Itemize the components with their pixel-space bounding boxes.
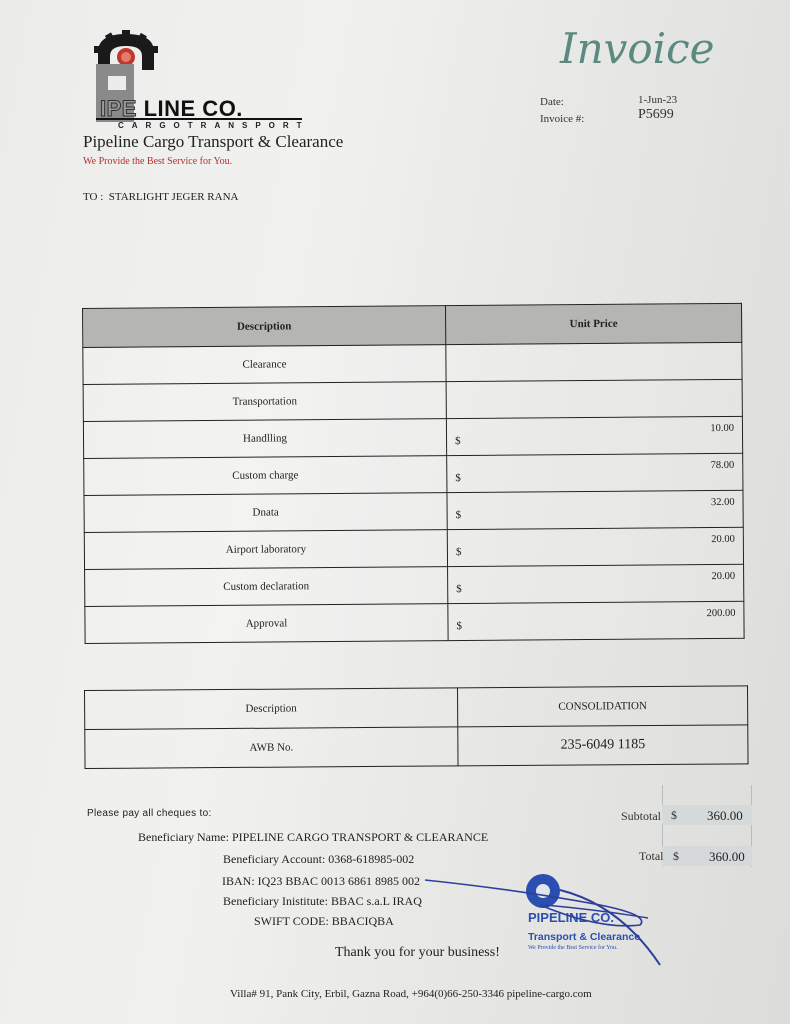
item-unit-price	[446, 379, 742, 418]
logo-subtitle: CARGOTRANSPORT	[118, 121, 310, 130]
table-row: Airport laboratory$20.00	[84, 527, 743, 569]
item-description: Airport laboratory	[84, 530, 447, 570]
logo-underline	[96, 118, 302, 120]
subtotal-label: Subtotal	[621, 809, 661, 824]
item-description: Dnata	[84, 493, 447, 533]
header-description: Description	[83, 306, 446, 348]
company-name: Pipeline Cargo Transport & Clearance	[83, 132, 343, 152]
invoice-page: IPE LINE CO. CARGOTRANSPORT Pipeline Car…	[0, 0, 790, 1024]
stamp-gear-icon	[526, 874, 560, 908]
invoice-title: Invoice	[560, 24, 714, 73]
table-row: Approval$200.00	[85, 601, 744, 643]
stamp-line3: We Provide the Best Service for You.	[528, 945, 618, 951]
item-unit-price	[446, 342, 742, 381]
item-currency: $	[456, 509, 462, 521]
subtotal-value: 360.00	[707, 808, 743, 824]
payment-heading: Please pay all cheques to:	[87, 808, 212, 819]
item-currency: $	[456, 620, 462, 632]
item-unit-price: $200.00	[448, 601, 744, 640]
table-row: Description CONSOLIDATION	[85, 686, 748, 730]
item-currency: $	[456, 583, 462, 595]
item-amount: 10.00	[710, 423, 734, 434]
total-currency: $	[673, 849, 679, 864]
total-value: 360.00	[709, 849, 745, 865]
beneficiary-institute: Beneficiary Inistitute: BBAC s.a.L IRAQ	[223, 894, 422, 909]
awb-consolidation-label: CONSOLIDATION	[457, 686, 747, 727]
swift-code: SWIFT CODE: BBACIQBA	[254, 914, 394, 929]
item-currency: $	[456, 546, 462, 558]
invoice-number-label: Invoice #:	[540, 113, 584, 125]
recipient-name: STARLIGHT JEGER RANA	[109, 191, 239, 203]
item-unit-price: $20.00	[448, 564, 744, 603]
table-row: Custom charge$78.00	[84, 453, 743, 495]
table-row: Transportation	[83, 379, 742, 421]
item-description: Handlling	[83, 419, 446, 459]
header-unit-price: Unit Price	[445, 303, 741, 344]
item-unit-price: $78.00	[447, 453, 743, 492]
total-label: Total	[639, 849, 664, 864]
item-description: Approval	[85, 604, 448, 644]
item-amount: 32.00	[711, 497, 735, 508]
item-description: Clearance	[83, 345, 446, 385]
item-currency: $	[455, 472, 461, 484]
awb-description-label: Description	[85, 688, 458, 730]
date-value: 1-Jun-23	[638, 94, 677, 106]
awb-table: Description CONSOLIDATION AWB No. 235-60…	[84, 685, 749, 769]
date-label: Date:	[540, 96, 564, 108]
thank-you-message: Thank you for your business!	[335, 945, 500, 961]
table-row: Handlling$10.00	[83, 416, 742, 458]
item-description: Custom charge	[84, 456, 447, 496]
subtotal-currency: $	[671, 808, 677, 823]
items-table: Description Unit Price ClearanceTranspor…	[82, 303, 745, 644]
awb-number-label: AWB No.	[85, 727, 458, 769]
table-row: Clearance	[83, 342, 742, 384]
item-amount: 200.00	[707, 608, 736, 619]
awb-number-value: 235-6049 1185	[458, 725, 748, 766]
company-stamp: PIPELINE CO. Transport & Clearance We Pr…	[522, 868, 682, 978]
stamp-line2: Transport & Clearance	[528, 931, 640, 943]
table-row: AWB No. 235-6049 1185	[85, 725, 748, 769]
recipient-line: TO : STARLIGHT JEGER RANA	[83, 191, 238, 203]
invoice-number-value: P5699	[638, 107, 674, 123]
table-row: Custom declaration$20.00	[85, 564, 744, 606]
footer-address: Villa# 91, Pank City, Erbil, Gazna Road,…	[230, 988, 592, 1000]
item-unit-price: $10.00	[446, 416, 742, 455]
item-description: Custom declaration	[85, 567, 448, 607]
stamp-line1: PIPELINE CO.	[528, 910, 614, 925]
table-row: Dnata$32.00	[84, 490, 743, 532]
item-unit-price: $20.00	[447, 527, 743, 566]
item-currency: $	[455, 435, 461, 447]
item-amount: 20.00	[711, 534, 735, 545]
iban: IBAN: IQ23 BBAC 0013 6861 8985 002	[222, 874, 420, 889]
items-table-header: Description Unit Price	[83, 303, 742, 347]
beneficiary-name: Beneficiary Name: PIPELINE CARGO TRANSPO…	[138, 830, 488, 845]
beneficiary-account: Beneficiary Account: 0368-618985-002	[223, 852, 414, 867]
company-tagline: We Provide the Best Service for You.	[83, 156, 232, 167]
recipient-label: TO :	[83, 191, 103, 203]
item-unit-price: $32.00	[447, 490, 743, 529]
item-description: Transportation	[83, 382, 446, 422]
item-amount: 78.00	[711, 460, 735, 471]
item-amount: 20.00	[711, 571, 735, 582]
